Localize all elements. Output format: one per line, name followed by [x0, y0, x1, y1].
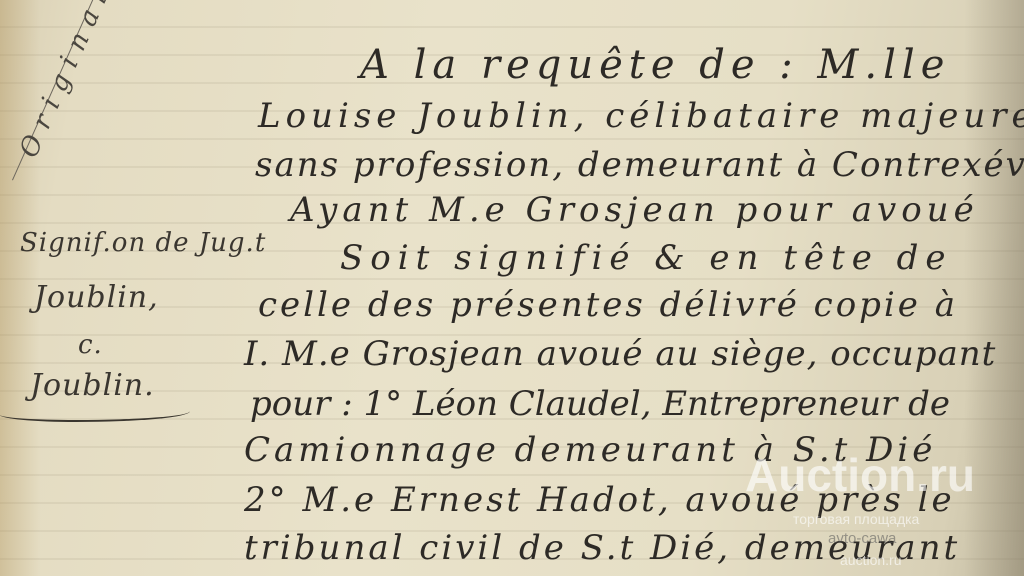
body-line-10: 2° M.e Ernest Hadot, avoué près le	[244, 480, 955, 520]
body-line-2: Louise Joublin, célibataire majeure	[258, 96, 1024, 136]
margin-note-line-2: Joublin,	[34, 280, 159, 315]
page-edge-shadow-right	[964, 0, 1024, 576]
margin-note-line-3: c.	[78, 330, 103, 360]
body-line-4: Ayant M.e Grosjean pour avoué	[290, 190, 979, 230]
body-line-9: Camionnage demeurant à S.t Dié	[244, 430, 936, 470]
margin-note-line-4: Joublin.	[30, 368, 155, 403]
body-line-3: sans profession, demeurant à Contrexévil…	[255, 145, 1024, 185]
body-line-1: A la requête de : M.lle	[360, 42, 950, 88]
body-line-8: pour : 1° Léon Claudel, Entrepreneur de	[250, 384, 950, 424]
body-line-5: Soit signifié & en tête de	[340, 238, 953, 278]
body-line-7: I. M.e Grosjean avoué au siège, occupant	[244, 334, 996, 374]
body-line-11: tribunal civil de S.t Dié, demeurant	[244, 528, 960, 568]
body-line-6: celle des présentes délivré copie à	[258, 285, 958, 325]
margin-note-line-1: Signif.on de Jug.t	[20, 228, 266, 258]
